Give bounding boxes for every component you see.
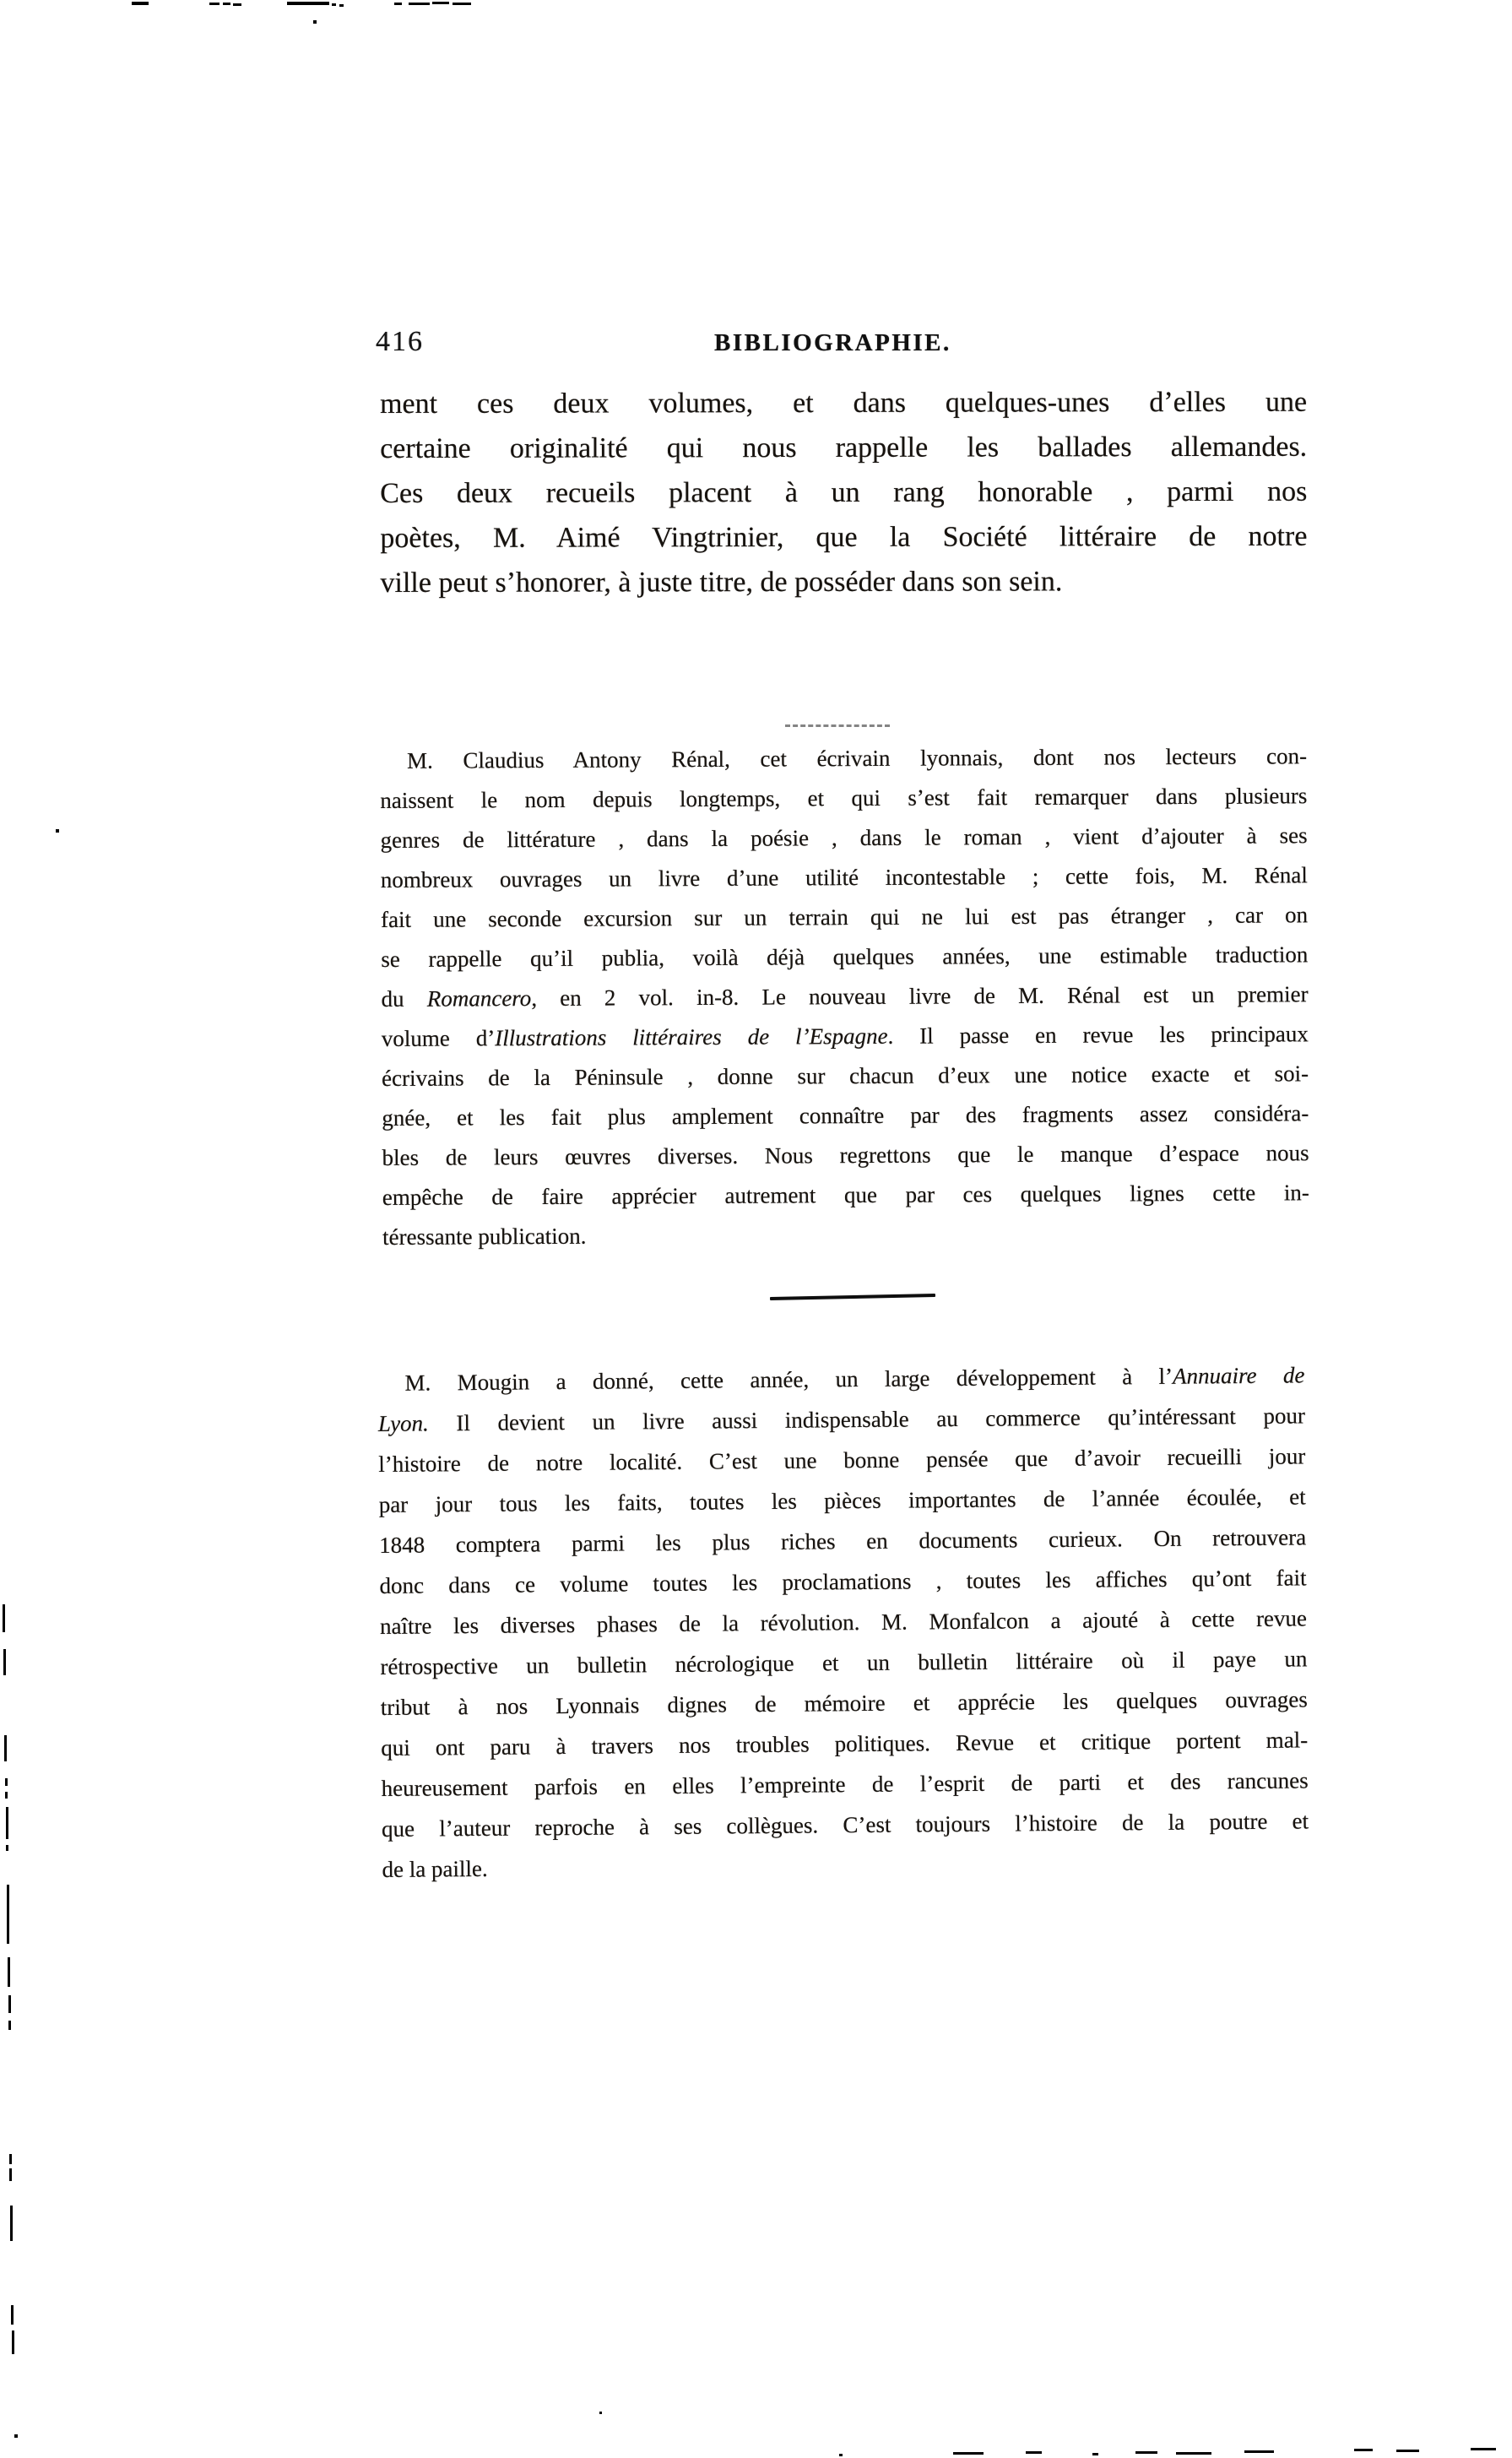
italic-text-segment: Annuaire de (1173, 1362, 1305, 1388)
scan-mark (953, 2452, 984, 2455)
scan-mark (7, 1885, 9, 1944)
scan-mark (5, 1792, 8, 1799)
text-line: naissent le nom depuis longtemps, et qui… (380, 776, 1307, 821)
text-segment: que l’auteur reproche à ses collègues. C… (382, 1808, 1309, 1842)
scan-mark (1176, 2452, 1211, 2455)
text-line: volume d’Illustrations littéraires de l’… (382, 1014, 1309, 1059)
scan-mark (4, 1735, 7, 1761)
italic-text-segment: Lyon. (378, 1410, 429, 1436)
text-segment: donc dans ce volume toutes les proclamat… (379, 1565, 1306, 1598)
text-segment: qui ont paru à travers nos troubles poli… (381, 1727, 1308, 1761)
scan-mark (287, 2, 329, 5)
paragraph-mougin-annuaire: M. Mougin a donné, cette année, un large… (377, 1354, 1309, 1890)
text-segment: 1848 comptera parmi les plus riches en d… (379, 1524, 1306, 1558)
text-segment: du (382, 986, 427, 1012)
text-segment: rétrospective un bulletin nécrologique e… (380, 1646, 1307, 1679)
scan-mark (1092, 2453, 1098, 2455)
text-segment: se rappelle qu’il publia, voilà déjà que… (381, 941, 1308, 972)
text-line: que l’auteur reproche à ses collègues. C… (382, 1800, 1309, 1849)
paragraph-continuation: ment ces deux volumes, et dans quelques-… (380, 380, 1308, 605)
text-segment: poètes, M. Aimé Vingtrinier, que la Soci… (380, 521, 1307, 554)
text-segment: bles de leurs œuvres diverses. Nous regr… (382, 1140, 1309, 1170)
scan-mark (409, 3, 430, 5)
text-line: genres de littérature , dans la poésie ,… (380, 816, 1307, 860)
scan-mark (1471, 2448, 1496, 2450)
text-line: bles de leurs œuvres diverses. Nous regr… (382, 1133, 1309, 1178)
text-segment: nombreux ouvrages un livre d’une utilité… (381, 862, 1308, 893)
scan-speck (839, 2454, 843, 2456)
scan-mark (5, 1778, 8, 1786)
scan-mark (6, 1807, 8, 1839)
text-line: de la paille. (382, 1841, 1309, 1890)
text-segment: tribut à nos Lyonnais dignes de mémoire … (381, 1686, 1308, 1720)
italic-text-segment: Illustrations littéraires de l’Espagne (495, 1023, 887, 1050)
text-line: se rappelle qu’il publia, voilà déjà que… (381, 935, 1308, 979)
text-line: fait une seconde excursion sur un terrai… (381, 895, 1308, 940)
scan-speck (56, 829, 59, 833)
text-segment: naissent le nom depuis longtemps, et qui… (380, 783, 1307, 813)
scan-mark (209, 3, 219, 5)
scan-mark (1244, 2450, 1274, 2453)
text-segment: naître les diverses phases de la révolut… (380, 1605, 1307, 1639)
text-line: téressante publication. (382, 1213, 1309, 1257)
scan-mark (3, 1604, 5, 1632)
text-segment: certaine originalité qui nous rappelle l… (380, 431, 1307, 464)
text-line: M. Claudius Antony Rénal, cet écrivain l… (380, 736, 1307, 781)
text-line: poètes, M. Aimé Vingtrinier, que la Soci… (380, 514, 1307, 561)
text-segment: genres de littérature , dans la poésie ,… (381, 822, 1308, 853)
text-segment: Il devient un livre aussi indispensable … (429, 1403, 1305, 1435)
scan-mark (8, 1957, 10, 1987)
text-line: empêche de faire apprécier autrement que… (382, 1173, 1309, 1218)
scan-mark (453, 3, 471, 5)
scan-mark (132, 2, 149, 5)
scan-mark (9, 2154, 12, 2164)
text-segment: M. Mougin a donné, cette année, un large… (404, 1364, 1173, 1396)
text-line: ville peut s’honorer, à juste titre, de … (380, 559, 1307, 605)
text-line: écrivains de la Péninsule , donne sur ch… (382, 1054, 1309, 1099)
scan-mark (432, 2, 449, 4)
text-segment: , en 2 vol. in-8. Le nouveau livre de M.… (531, 981, 1308, 1011)
scan-mark (223, 3, 230, 5)
scan-speck (14, 2434, 18, 2438)
text-segment: M. Claudius Antony Rénal, cet écrivain l… (407, 743, 1307, 773)
page-number: 416 (376, 326, 424, 358)
scan-mark (3, 1649, 6, 1675)
scan-mark (332, 3, 336, 6)
scan-mark (6, 1845, 8, 1851)
text-segment: par jour tous les faits, toutes les pièc… (379, 1484, 1306, 1517)
scan-mark (394, 3, 402, 5)
scan-speck (599, 2412, 602, 2414)
text-segment: Ces deux recueils placent à un rang hono… (380, 476, 1307, 509)
text-segment: ment ces deux volumes, et dans quelques-… (380, 387, 1307, 420)
text-segment: empêche de faire apprécier autrement que… (382, 1180, 1309, 1210)
scan-mark (8, 1995, 11, 2013)
scan-mark (11, 2305, 14, 2325)
text-segment: de la paille. (382, 1856, 487, 1882)
scan-mark (1026, 2451, 1042, 2454)
text-line: certaine originalité qui nous rappelle l… (380, 425, 1307, 471)
text-segment: gnée, et les fait plus amplement connaît… (382, 1100, 1309, 1131)
italic-text-segment: Romancero (427, 985, 532, 1012)
text-segment: ville peut s’honorer, à juste titre, de … (380, 566, 1062, 599)
running-title: BIBLIOGRAPHIE. (714, 329, 951, 357)
text-segment: téressante publication. (382, 1224, 587, 1250)
scan-speck (313, 20, 317, 24)
scan-mark (9, 2168, 12, 2181)
text-segment: écrivains de la Péninsule , donne sur ch… (382, 1061, 1309, 1091)
scan-mark (1396, 2450, 1419, 2452)
text-line: ment ces deux volumes, et dans quelques-… (380, 380, 1307, 426)
text-segment: . Il passe en revue les principaux (887, 1021, 1308, 1049)
scan-mark (1135, 2451, 1157, 2454)
scan-mark (8, 2021, 11, 2030)
text-line: du Romancero, en 2 vol. in-8. Le nouveau… (381, 974, 1308, 1019)
scan-mark (233, 3, 241, 6)
text-line: nombreux ouvrages un livre d’une utilité… (381, 855, 1308, 900)
text-segment: l’histoire de notre localité. C’est une … (378, 1443, 1305, 1477)
text-line: Ces deux recueils placent à un rang hono… (380, 469, 1307, 516)
scan-mark (12, 2330, 14, 2354)
paragraph-renal-notice: M. Claudius Antony Rénal, cet écrivain l… (380, 736, 1309, 1257)
text-segment: fait une seconde excursion sur un terrai… (381, 902, 1308, 932)
text-segment: volume d’ (382, 1025, 496, 1051)
text-segment: heureusement parfois en elles l’empreint… (382, 1767, 1309, 1801)
text-line: gnée, et les fait plus amplement connaît… (382, 1093, 1309, 1138)
scan-mark (339, 4, 344, 7)
scan-mark (1354, 2449, 1373, 2451)
scanned-book-page: 416 BIBLIOGRAPHIE. ment ces deux volumes… (0, 0, 1512, 2458)
section-rule (770, 1294, 935, 1300)
scan-mark (10, 2206, 13, 2241)
dashed-separator (785, 724, 890, 727)
